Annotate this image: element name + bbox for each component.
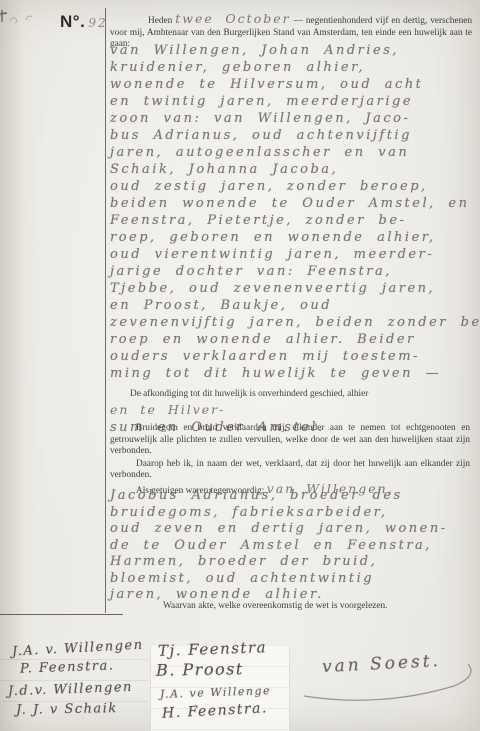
header-dash: — [294, 16, 303, 26]
pronouncement-paragraph: Daarop heb ik, in naam der wet, verklaar… [110, 459, 470, 482]
hw-line: Jacobus Adrianus, broeder des [110, 488, 478, 505]
handwritten-date: twee October [175, 11, 290, 26]
header-heden: Heden [148, 16, 172, 26]
act-number-block: N°.92 [60, 12, 108, 32]
margin-rule-horizontal [0, 614, 123, 615]
hw-line: Tjebbe, oud zevenenveertig jaren, [110, 280, 478, 297]
hw-line: jarige dochter van: Feenstra, [110, 263, 478, 280]
vows-paragraph: Bruidegom en bruid verklaarden mij, elka… [110, 423, 470, 458]
hw-line: oud zestig jaren, zonder beroep, [110, 178, 478, 195]
signature-father-bride: Tj. Feenstra [158, 638, 268, 660]
banns-handwritten-inline: en te Hilver- [110, 402, 225, 417]
registrar-flourish [300, 660, 475, 705]
pencil-scribble [8, 12, 42, 26]
closing-statement: Waarvan akte, welke overeenkomstig de we… [163, 601, 387, 613]
hw-line: zevenenvijftig jaren, beiden zonder be- [110, 314, 478, 331]
act-number-label: N°. [60, 12, 85, 31]
hw-line: en Proost, Baukje, oud [110, 297, 478, 314]
signature-mother-bride: B. Proost [156, 659, 244, 680]
hw-line: bloemist, oud achtentwintig [110, 571, 478, 588]
hw-line: ouders verklaarden mij toestem- [110, 348, 478, 365]
margin-rule-vertical [105, 8, 106, 613]
hw-line: bruidegoms, fabrieksarbeider, [110, 505, 478, 522]
hw-line: beiden wonende te Ouder Amstel, en [110, 195, 478, 212]
hw-line: Harmen, broeder der bruid, [110, 554, 478, 571]
handwritten-block-parties: van Willengen, Johan Andries, kruidenier… [110, 42, 478, 382]
signature-mother-groom: J. J. v Schaik [16, 701, 118, 718]
hw-line: wonende te Hilversum, oud acht [110, 76, 478, 93]
header-year-text: negentienhonderd vijf en dertig, [306, 16, 427, 26]
hw-line: zoon van: van Willengen, Jaco- [110, 110, 478, 127]
declaration-section: Bruidegom en bruid verklaarden mij, elka… [110, 423, 470, 498]
hw-line: van Willengen, Johan Andries, [110, 42, 478, 59]
hw-line: oud zeven en dertig jaren, wonen- [110, 521, 478, 538]
hw-line: roep, geboren en wonende alhier, [110, 229, 478, 246]
hw-line: ming tot dit huwelijk te geven — [110, 365, 478, 382]
hw-line: kruidenier, geboren alhier, [110, 59, 478, 76]
signature-father-groom: J.d.v. Willengen [8, 680, 133, 699]
hw-line: jaren, autogeenlasscher en van [110, 144, 478, 161]
hw-line: Schaik, Johanna Jacoba, [110, 161, 478, 178]
hw-line: roep en wonende alhier. Beider [110, 331, 478, 348]
handwritten-block-witnesses: Jacobus Adrianus, broeder des bruidegoms… [110, 488, 478, 604]
marriage-certificate-scan: N°.92 Heden twee October — negentienhond… [0, 0, 480, 731]
hw-line: oud vierentwintig jaren, meerder- [110, 246, 478, 263]
hw-line: de te Ouder Amstel en Feenstra, [110, 538, 478, 555]
hw-line: bus Adrianus, oud achtenvijftig [110, 127, 478, 144]
hw-line: Feenstra, Pietertje, zonder be- [110, 212, 478, 229]
banns-printed-text: De afkondiging tot dit huwelijk is onver… [130, 389, 368, 399]
signature-groom: J.A. v. Willengen [12, 638, 144, 660]
signature-bride: P. Feenstra. [20, 658, 115, 676]
hw-line: en twintig jaren, meerderjarige [110, 93, 478, 110]
